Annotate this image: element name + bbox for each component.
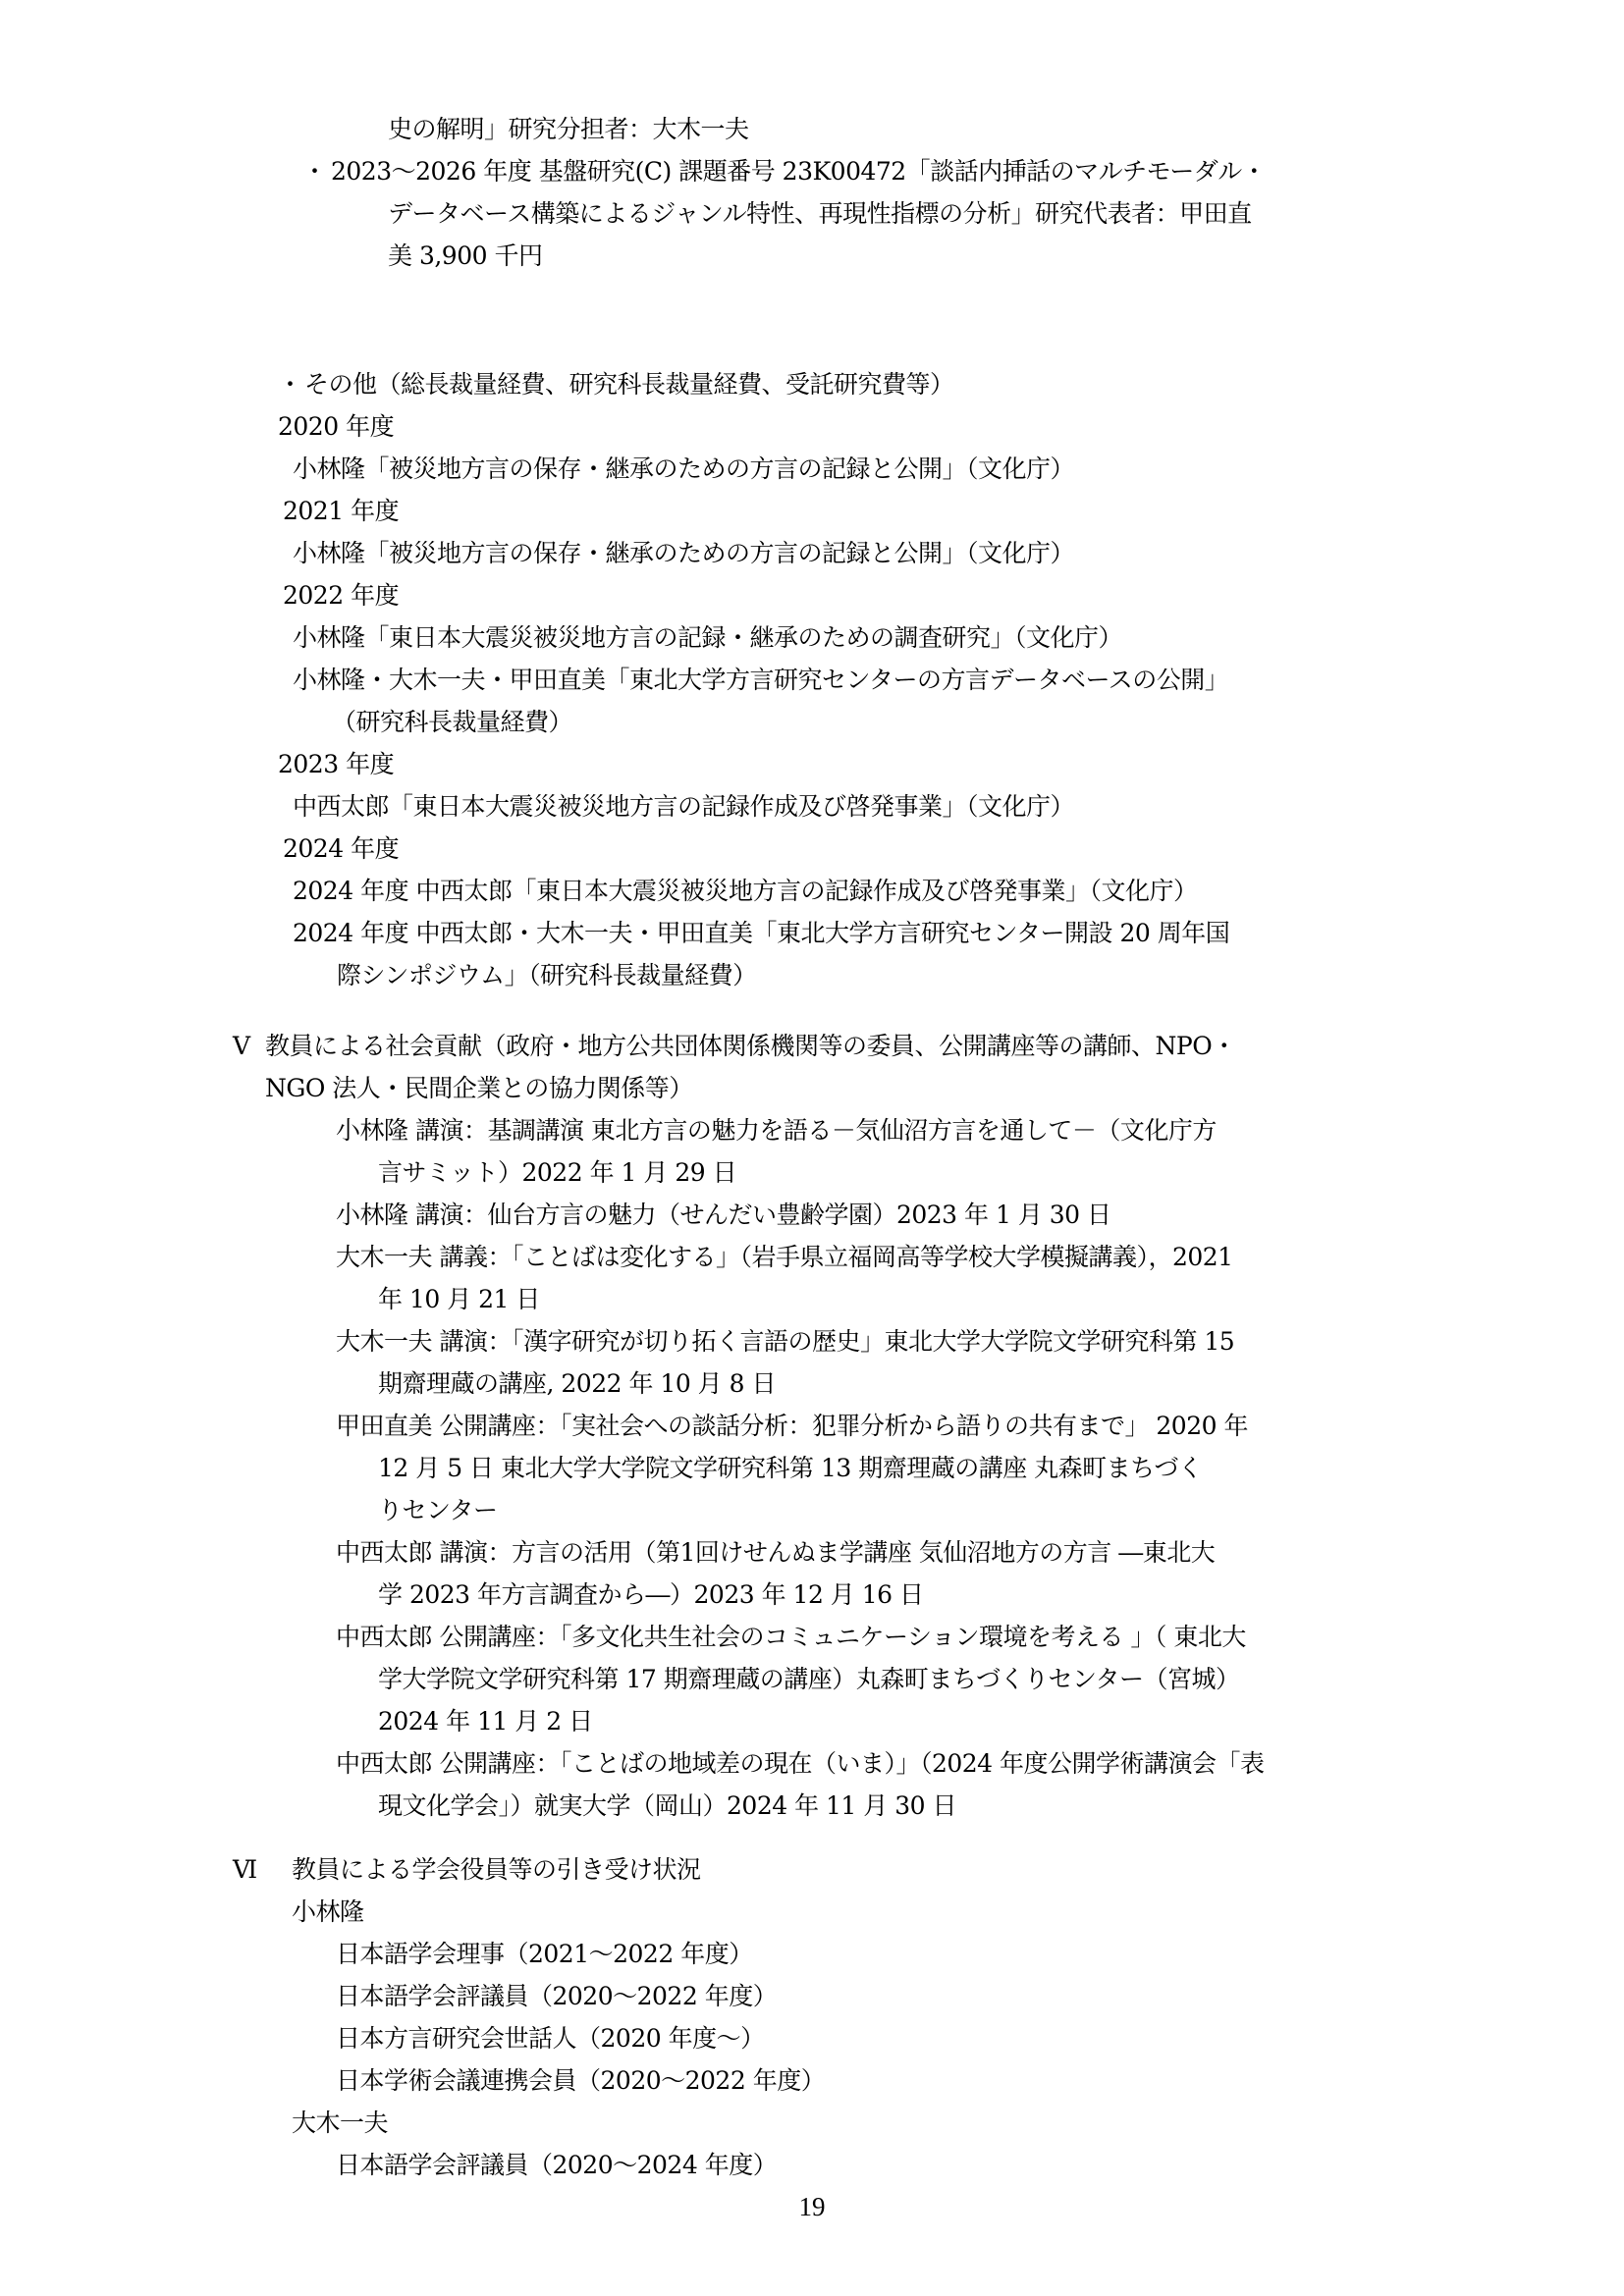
person-name: 大木一夫 <box>292 2108 388 2139</box>
funding-year: 2024 年度 <box>283 833 399 865</box>
society-role: 日本方言研究会世話人（2020 年度～） <box>336 2023 765 2055</box>
grant-item-line: データベース構築によるジャンル特性、再現性指標の分析」研究代表者：甲田直 <box>388 198 1252 230</box>
grant-prev-tail: 史の解明」研究分担者：大木一夫 <box>388 114 749 145</box>
section-v-title: NGO 法人・民間企業との協力関係等） <box>265 1073 693 1104</box>
funding-entry: 小林隆・大木一夫・甲田直美「東北大学方言研究センターの方言データベースの公開」 <box>293 665 1228 696</box>
contribution-entry: 12 月 5 日 東北大学大学院文学研究科第 13 期齋理蔵の講座 丸森町まちづ… <box>378 1453 1202 1484</box>
contribution-entry: 2024 年 11 月 2 日 <box>378 1706 593 1737</box>
bullet-marker: ・ <box>302 156 327 187</box>
funding-year: 2020 年度 <box>278 411 394 443</box>
contribution-entry: りセンター <box>378 1495 498 1526</box>
page-number: 19 <box>0 2191 1624 2222</box>
contribution-entry: 期齋理蔵の講座, 2022 年 10 月 8 日 <box>378 1368 776 1400</box>
contribution-entry: 言サミット）2022 年 1 月 29 日 <box>378 1157 736 1189</box>
funding-entry: （研究科長裁量経費） <box>332 707 572 738</box>
funding-year: 2021 年度 <box>283 496 399 527</box>
contribution-entry: 大木一夫 講義：「ことばは変化する」（岩手県立福岡高等学校大学模擬講義），202… <box>336 1242 1233 1273</box>
section-v-numeral: Ⅴ <box>233 1031 250 1062</box>
contribution-entry: 小林隆 講演：基調講演 東北方言の魅力を語る－気仙沼方言を通して－（文化庁方 <box>336 1115 1217 1147</box>
contribution-entry: 中西太郎 講演：方言の活用（第1回けせんぬま学講座 気仙沼地方の方言 ―東北大 <box>336 1537 1215 1569</box>
society-role: 日本語学会評議員（2020～2022 年度） <box>336 1981 777 2012</box>
funding-entry: 2024 年度 中西太郎・大木一夫・甲田直美「東北大学方言研究センター開設 20… <box>293 918 1229 949</box>
bullet-marker: ・ <box>278 369 302 400</box>
funding-entry: 小林隆「被災地方言の保存・継承のための方言の記録と公開」（文化庁） <box>293 538 1074 569</box>
contribution-entry: 学大学院文学研究科第 17 期齋理蔵の講座）丸森町まちづくりセンター（宮城） <box>378 1664 1239 1695</box>
section-v-title: 教員による社会貢献（政府・地方公共団体関係機関等の委員、公開講座等の講師、NPO… <box>265 1031 1236 1062</box>
society-role: 日本語学会理事（2021～2022 年度） <box>336 1939 753 1970</box>
grant-item-line: 2023～2026 年度 基盤研究(C) 課題番号 23K00472「談話内挿話… <box>331 156 1266 187</box>
section-vi-title: 教員による学会役員等の引き受け状況 <box>292 1854 701 1886</box>
person-name: 小林隆 <box>292 1896 364 1928</box>
funding-year: 2022 年度 <box>283 580 399 612</box>
contribution-entry: 現文化学会」）就実大学（岡山）2024 年 11 月 30 日 <box>378 1790 956 1822</box>
funding-entry: 小林隆「東日本大震災被災地方言の記録・継承のための調査研究」（文化庁） <box>293 622 1122 654</box>
contribution-entry: 年 10 月 21 日 <box>378 1284 540 1315</box>
section-vi-numeral: Ⅵ <box>233 1854 257 1886</box>
document-page: 史の解明」研究分担者：大木一夫 ・ 2023～2026 年度 基盤研究(C) 課… <box>0 0 1624 2296</box>
society-role: 日本語学会評議員（2020～2024 年度） <box>336 2150 777 2181</box>
funding-entry: 中西太郎「東日本大震災被災地方言の記録作成及び啓発事業」（文化庁） <box>293 791 1074 823</box>
grant-item-line: 美 3,900 千円 <box>388 240 542 272</box>
funding-entry: 際シンポジウム」（研究科長裁量経費） <box>337 960 757 991</box>
society-role: 日本学術会議連携会員（2020～2022 年度） <box>336 2065 825 2097</box>
contribution-entry: 学 2023 年方言調査から―）2023 年 12 月 16 日 <box>378 1579 924 1611</box>
contribution-entry: 中西太郎 公開講座：「多文化共生社会のコミュニケーション環境を考える 」（ 東北… <box>336 1622 1246 1653</box>
contribution-entry: 中西太郎 公開講座：「ことばの地域差の現在（いま）」（2024 年度公開学術講演… <box>336 1748 1265 1780</box>
other-funding-heading: その他（総長裁量経費、研究科長裁量経費、受託研究費等） <box>304 369 954 400</box>
contribution-entry: 小林隆 講演：仙台方言の魅力（せんだい豊齢学園）2023 年 1 月 30 日 <box>336 1200 1111 1231</box>
contribution-entry: 甲田直美 公開講座：「実社会への談話分析：犯罪分析から語りの共有まで」 2020… <box>336 1411 1248 1442</box>
contribution-entry: 大木一夫 講演：「漢字研究が切り拓く言語の歴史」東北大学大学院文学研究科第 15 <box>336 1326 1234 1358</box>
funding-year: 2023 年度 <box>278 749 394 780</box>
funding-entry: 2024 年度 中西太郎「東日本大震災被災地方言の記録作成及び啓発事業」（文化庁… <box>293 876 1198 907</box>
funding-entry: 小林隆「被災地方言の保存・継承のための方言の記録と公開」（文化庁） <box>293 454 1074 485</box>
